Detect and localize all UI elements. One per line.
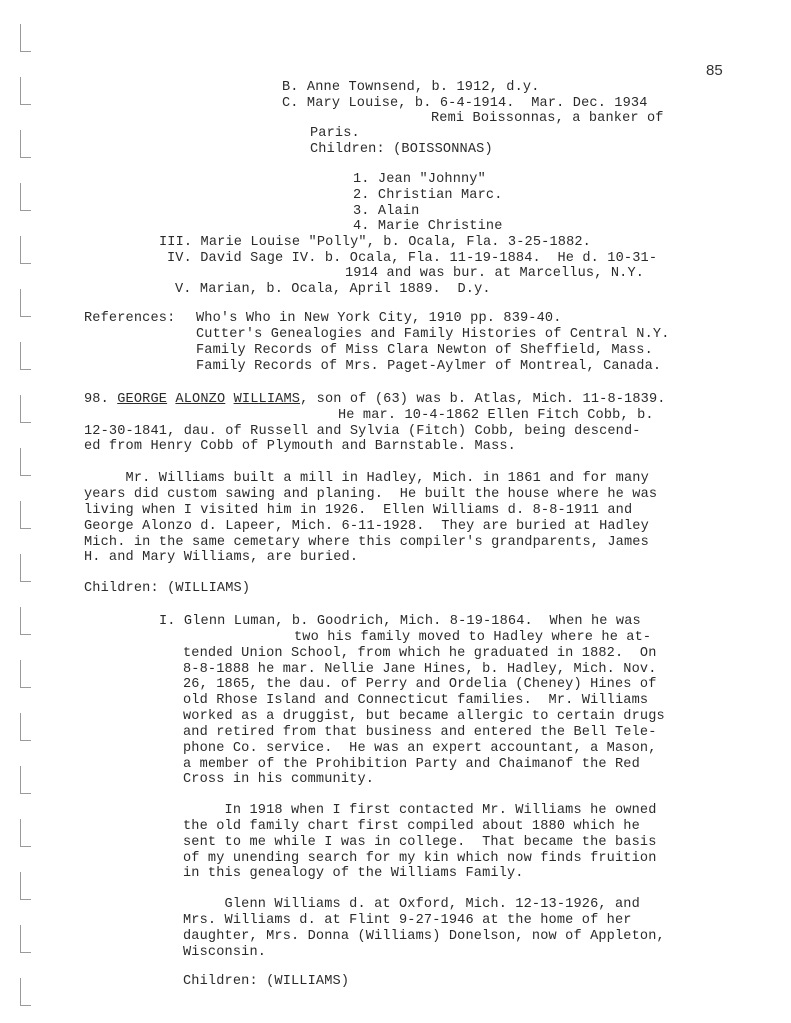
margin-mark: [20, 130, 31, 158]
margin-mark: [20, 819, 31, 847]
entry-iii: III. Marie Louise "Polly", b. Ocala, Fla…: [159, 235, 591, 250]
entry-98-line3: 12-30-1841, dau. of Russell and Sylvia (…: [84, 424, 641, 439]
margin-mark: [20, 978, 31, 1006]
reference-item: Who's Who in New York City, 1910 pp. 839…: [196, 311, 562, 326]
paragraph-1918-line: In 1918 when I first contacted Mr. Willi…: [183, 803, 657, 818]
child-i-line: 26, 1865, the dau. of Perry and Ordelia …: [183, 677, 657, 692]
child-c-line3: Paris.: [310, 126, 360, 141]
grandchild-3: 3. Alain: [353, 204, 419, 219]
entry-iv-line1: IV. David Sage IV. b. Ocala, Fla. 11-19-…: [167, 251, 657, 266]
margin-mark: [20, 236, 31, 264]
child-i-line: worked as a druggist, but became allergi…: [183, 709, 665, 724]
entry-98-line2: He mar. 10-4-1862 Ellen Fitch Cobb, b.: [338, 408, 654, 423]
child-b: B. Anne Townsend, b. 1912, d.y.: [282, 80, 540, 95]
margin-mark: [20, 183, 31, 211]
entry-number: 98.: [84, 392, 109, 407]
child-i-line: old Rhose Island and Connecticut familie…: [183, 693, 648, 708]
margin-mark: [20, 77, 31, 105]
child-i-line: two his family moved to Hadley where he …: [294, 630, 651, 645]
children-boissonnas-heading: Children: (BOISSONNAS): [310, 142, 493, 157]
entry-98-line1: 98. GEORGE ALONZO WILLIAMS, son of (63) …: [84, 392, 666, 407]
reference-item: Family Records of Mrs. Paget-Aylmer of M…: [196, 359, 661, 374]
paragraph-1918-line: in this genealogy of the Williams Family…: [183, 866, 524, 881]
child-i-line: and retired from that business and enter…: [183, 725, 657, 740]
margin-mark: [20, 872, 31, 900]
margin-mark: [20, 501, 31, 529]
document-page: 85 B. Anne Townsend, b. 1912, d.y. C. Ma…: [0, 0, 791, 1023]
reference-item: Cutter's Genealogies and Family Historie…: [196, 327, 670, 342]
margin-mark: [20, 925, 31, 953]
paragraph-mill-line: Mr. Williams built a mill in Hadley, Mic…: [84, 471, 649, 486]
margin-mark: [20, 660, 31, 688]
entry-iv-line2: 1914 and was bur. at Marcellus, N.Y.: [345, 266, 644, 281]
paragraph-mill-line: H. and Mary Williams, are buried.: [84, 550, 358, 565]
paragraph-mill-line: years did custom sawing and planing. He …: [84, 487, 657, 502]
margin-mark: [20, 554, 31, 582]
paragraph-death-line: Mrs. Williams d. at Flint 9-27-1946 at t…: [183, 913, 632, 928]
name-last: WILLIAMS: [234, 392, 300, 407]
margin-mark: [20, 766, 31, 794]
grandchild-1: 1. Jean "Johnny": [353, 172, 486, 187]
child-c-line1: C. Mary Louise, b. 6-4-1914. Mar. Dec. 1…: [282, 96, 648, 111]
paragraph-1918-line: the old family chart first compiled abou…: [183, 819, 640, 834]
child-i-line: Cross in his community.: [183, 772, 374, 787]
reference-item: Family Records of Miss Clara Newton of S…: [196, 343, 653, 358]
margin-mark: [20, 342, 31, 370]
name-first: GEORGE: [117, 392, 167, 407]
entry-98-line4: ed from Henry Cobb of Plymouth and Barns…: [84, 439, 516, 454]
paragraph-mill-line: George Alonzo d. Lapeer, Mich. 6-11-1928…: [84, 519, 649, 534]
paragraph-1918-line: of my unending search for my kin which n…: [183, 851, 657, 866]
paragraph-death-line: daughter, Mrs. Donna (Williams) Donelson…: [183, 929, 665, 944]
margin-mark: [20, 713, 31, 741]
grandchild-4: 4. Marie Christine: [353, 219, 503, 234]
children-williams-heading: Children: (WILLIAMS): [84, 581, 250, 596]
name-middle: ALONZO: [175, 392, 225, 407]
paragraph-mill-line: living when I visited him in 1926. Ellen…: [84, 503, 632, 518]
child-i-line: phone Co. service. He was an expert acco…: [183, 741, 657, 756]
margin-mark: [20, 448, 31, 476]
grandchild-2: 2. Christian Marc.: [353, 188, 503, 203]
entry-98-line1-rest: , son of (63) was b. Atlas, Mich. 11-8-1…: [300, 392, 666, 407]
paragraph-death-line: Wisconsin.: [183, 945, 266, 960]
paragraph-1918-line: sent to me while I was in college. That …: [183, 835, 657, 850]
margin-mark: [20, 395, 31, 423]
child-i-line: a member of the Prohibition Party and Ch…: [183, 757, 640, 772]
entry-v: V. Marian, b. Ocala, April 1889. D.y.: [175, 282, 491, 297]
page-number: 85: [706, 62, 723, 79]
paragraph-mill-line: Mich. in the same cemetary where this co…: [84, 535, 649, 550]
children-williams-heading-2: Children: (WILLIAMS): [183, 974, 349, 989]
child-i-line: I. Glenn Luman, b. Goodrich, Mich. 8-19-…: [159, 614, 641, 629]
margin-mark: [20, 24, 31, 52]
margin-mark: [20, 289, 31, 317]
child-i-line: tended Union School, from which he gradu…: [183, 646, 657, 661]
paragraph-death-line: Glenn Williams d. at Oxford, Mich. 12-13…: [183, 897, 640, 912]
margin-mark: [20, 607, 31, 635]
child-c-line2: Remi Boissonnas, a banker of: [431, 111, 664, 126]
references-label: References:: [84, 311, 175, 326]
child-i-line: 8-8-1888 he mar. Nellie Jane Hines, b. H…: [183, 662, 657, 677]
